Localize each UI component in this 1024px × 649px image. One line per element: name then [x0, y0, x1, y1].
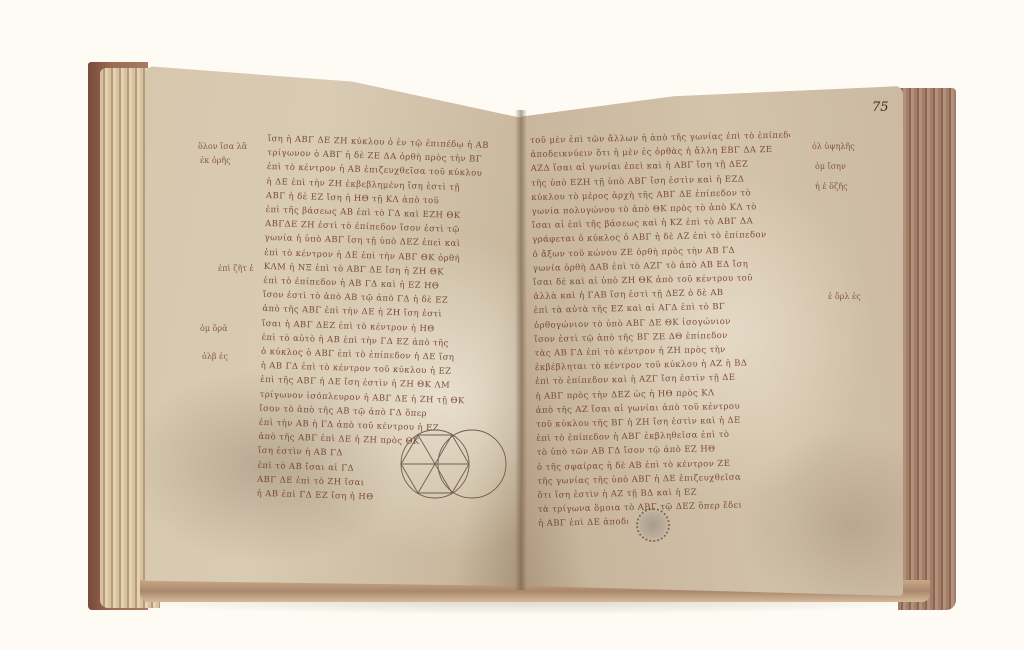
folio-number: 75	[872, 100, 889, 115]
right-page-stack-edges	[898, 88, 956, 610]
margin-note: ὀλβ ἐς	[202, 350, 228, 363]
margin-note: ἐ ὅρλ ἐς	[828, 290, 861, 303]
margin-note: ὅλον ἴσα λἃ	[198, 140, 247, 153]
margin-note: ὁλ ὑψηλῆς	[812, 140, 855, 153]
geometric-diagram	[400, 418, 510, 508]
margin-note: ὁμ ὅρᾱ	[200, 322, 227, 335]
right-page-text: τοῦ μὲν ἐπὶ τῶν ἄλλων ἡ ἀπὸ τῆς γωνίας ἐ…	[530, 129, 798, 532]
margin-note: ἐκ ὁρῆς	[200, 154, 231, 167]
margin-note: ἡ ἐ ὅζῆς	[815, 180, 848, 193]
manuscript-photo: ἴση ἡ ΑΒΓ ΔΕ ΖΗ κύκλου ὁ ἐν τῷ ἐπιπέδῳ ἡ…	[0, 0, 1024, 649]
book-gutter	[515, 110, 527, 590]
text-line: ἡ ΑΒΓ ἐπὶ ΔΕ ἀποδεικνύειν ὅτι ἡ ΖΗ ἴση	[538, 516, 628, 532]
margin-note: ὁμ ἴσην	[815, 160, 846, 173]
library-stamp	[636, 508, 670, 542]
margin-note: ἐπὶ ζῆτ ἐ	[218, 262, 254, 275]
